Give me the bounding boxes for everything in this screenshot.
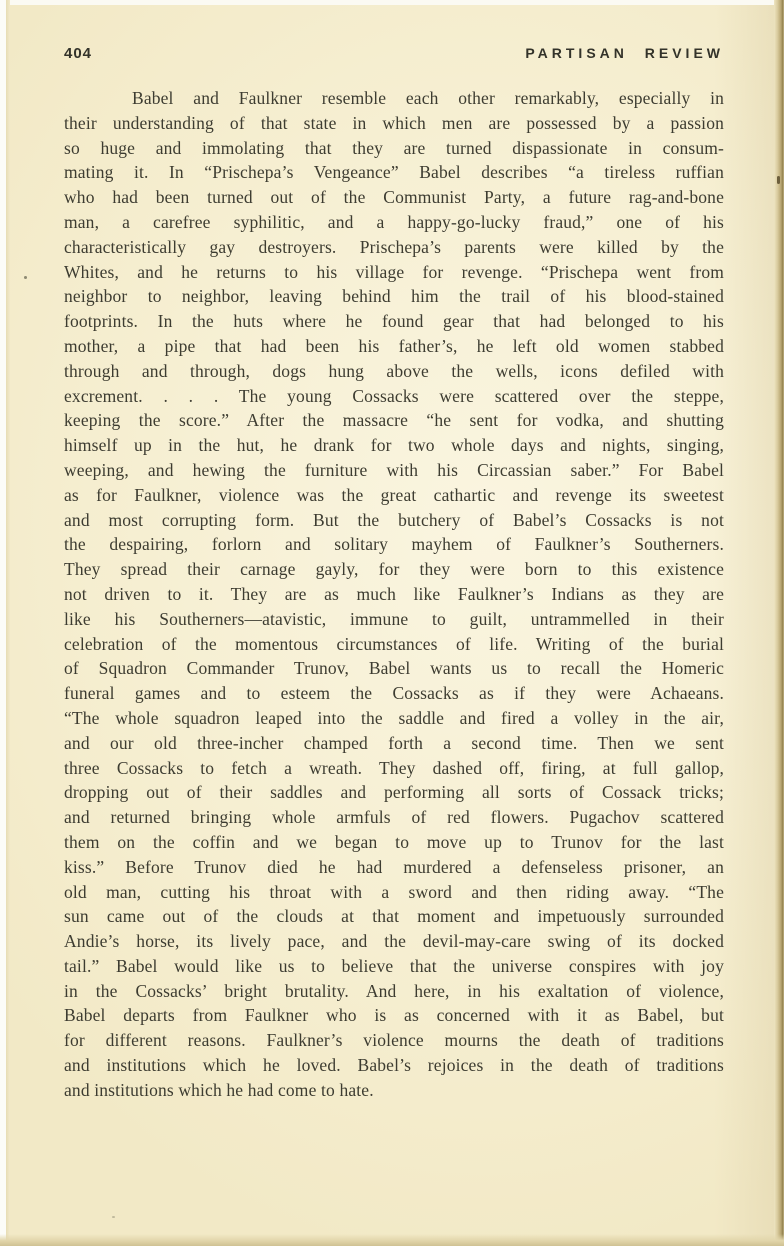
paragraph-line: not driven to it. They are as much like … (64, 582, 724, 607)
paragraph-line: so huge and immolating that they are tur… (64, 136, 724, 161)
paragraph-line: kiss.” Before Trunov died he had murdere… (64, 855, 724, 880)
paragraph-line: funeral games and to esteem the Cossacks… (64, 681, 724, 706)
paragraph-line: dropping out of their saddles and perfor… (64, 780, 724, 805)
paragraph-line: neighbor to neighbor, leaving behind him… (64, 284, 724, 309)
paragraph-line: their understanding of that state in whi… (64, 111, 724, 136)
paragraph-line: them on the coffin and we began to move … (64, 830, 724, 855)
paragraph-line: like his Southerners—atavistic, immune t… (64, 607, 724, 632)
paragraph-line: and institutions which he had come to ha… (64, 1078, 724, 1103)
paragraph-line: in the Cossacks’ bright brutality. And h… (64, 979, 724, 1004)
page-edge-bottom (0, 1234, 784, 1246)
paragraph-line: himself up in the hut, he drank for two … (64, 433, 724, 458)
scanned-book-page: 404 PARTISAN REVIEW Babel and Faulkner r… (0, 0, 784, 1246)
paragraph-line: through and through, dogs hung above the… (64, 359, 724, 384)
scan-speck (112, 1216, 115, 1218)
paragraph-line: mother, a pipe that had been his father’… (64, 334, 724, 359)
paragraph-line: characteristically gay destroyers. Prisc… (64, 235, 724, 260)
paragraph-line: old man, cutting his throat with a sword… (64, 880, 724, 905)
paragraph-line: and our old three-incher champed forth a… (64, 731, 724, 756)
paragraph-line: and most corrupting form. But the butche… (64, 508, 724, 533)
paragraph-line: the despairing, forlorn and solitary may… (64, 532, 724, 557)
paragraph-line: man, a carefree syphilitic, and a happy-… (64, 210, 724, 235)
paragraph-line: as for Faulkner, violence was the great … (64, 483, 724, 508)
paragraph-line: weeping, and hewing the furniture with h… (64, 458, 724, 483)
paragraph-line: sun came out of the clouds at that momen… (64, 904, 724, 929)
page-edge-right (774, 0, 784, 1246)
paragraph-line: keeping the score.” After the massacre “… (64, 408, 724, 433)
paragraph-line: of Squadron Commander Trunov, Babel want… (64, 656, 724, 681)
paragraph-line: mating it. In “Prischepa’s Vengeance” Ba… (64, 160, 724, 185)
journal-title: PARTISAN REVIEW (525, 45, 724, 61)
paragraph-line: They spread their carnage gayly, for the… (64, 557, 724, 582)
page-edge-left-line (6, 0, 10, 1246)
paragraph-line: three Cossacks to fetch a wreath. They d… (64, 756, 724, 781)
paragraph-line: and institutions which he loved. Babel’s… (64, 1053, 724, 1078)
paragraph-line: footprints. In the huts where he found g… (64, 309, 724, 334)
paragraph-line: Babel and Faulkner resemble each other r… (64, 86, 724, 111)
paragraph-line: Whites, and he returns to his village fo… (64, 260, 724, 285)
paragraph-line: Babel departs from Faulkner who is as co… (64, 1003, 724, 1028)
page-number: 404 (64, 45, 92, 62)
paragraph-line: tail.” Babel would like us to believe th… (64, 954, 724, 979)
paragraph-line: and returned bringing whole armfuls of r… (64, 805, 724, 830)
paragraph-line: “The whole squadron leaped into the sadd… (64, 706, 724, 731)
paragraph-line: for different reasons. Faulkner’s violen… (64, 1028, 724, 1053)
paragraph-line: celebration of the momentous circumstanc… (64, 632, 724, 657)
page-edge-top (0, 0, 784, 5)
paragraph-line: excrement. . . . The young Cossacks were… (64, 384, 724, 409)
scan-speck (24, 276, 27, 279)
paragraph-line: who had been turned out of the Communist… (64, 185, 724, 210)
paragraph-line: Andie’s horse, its lively pace, and the … (64, 929, 724, 954)
scan-speck (777, 176, 780, 184)
body-paragraph: Babel and Faulkner resemble each other r… (64, 86, 724, 1103)
running-head: 404 PARTISAN REVIEW (64, 45, 724, 62)
